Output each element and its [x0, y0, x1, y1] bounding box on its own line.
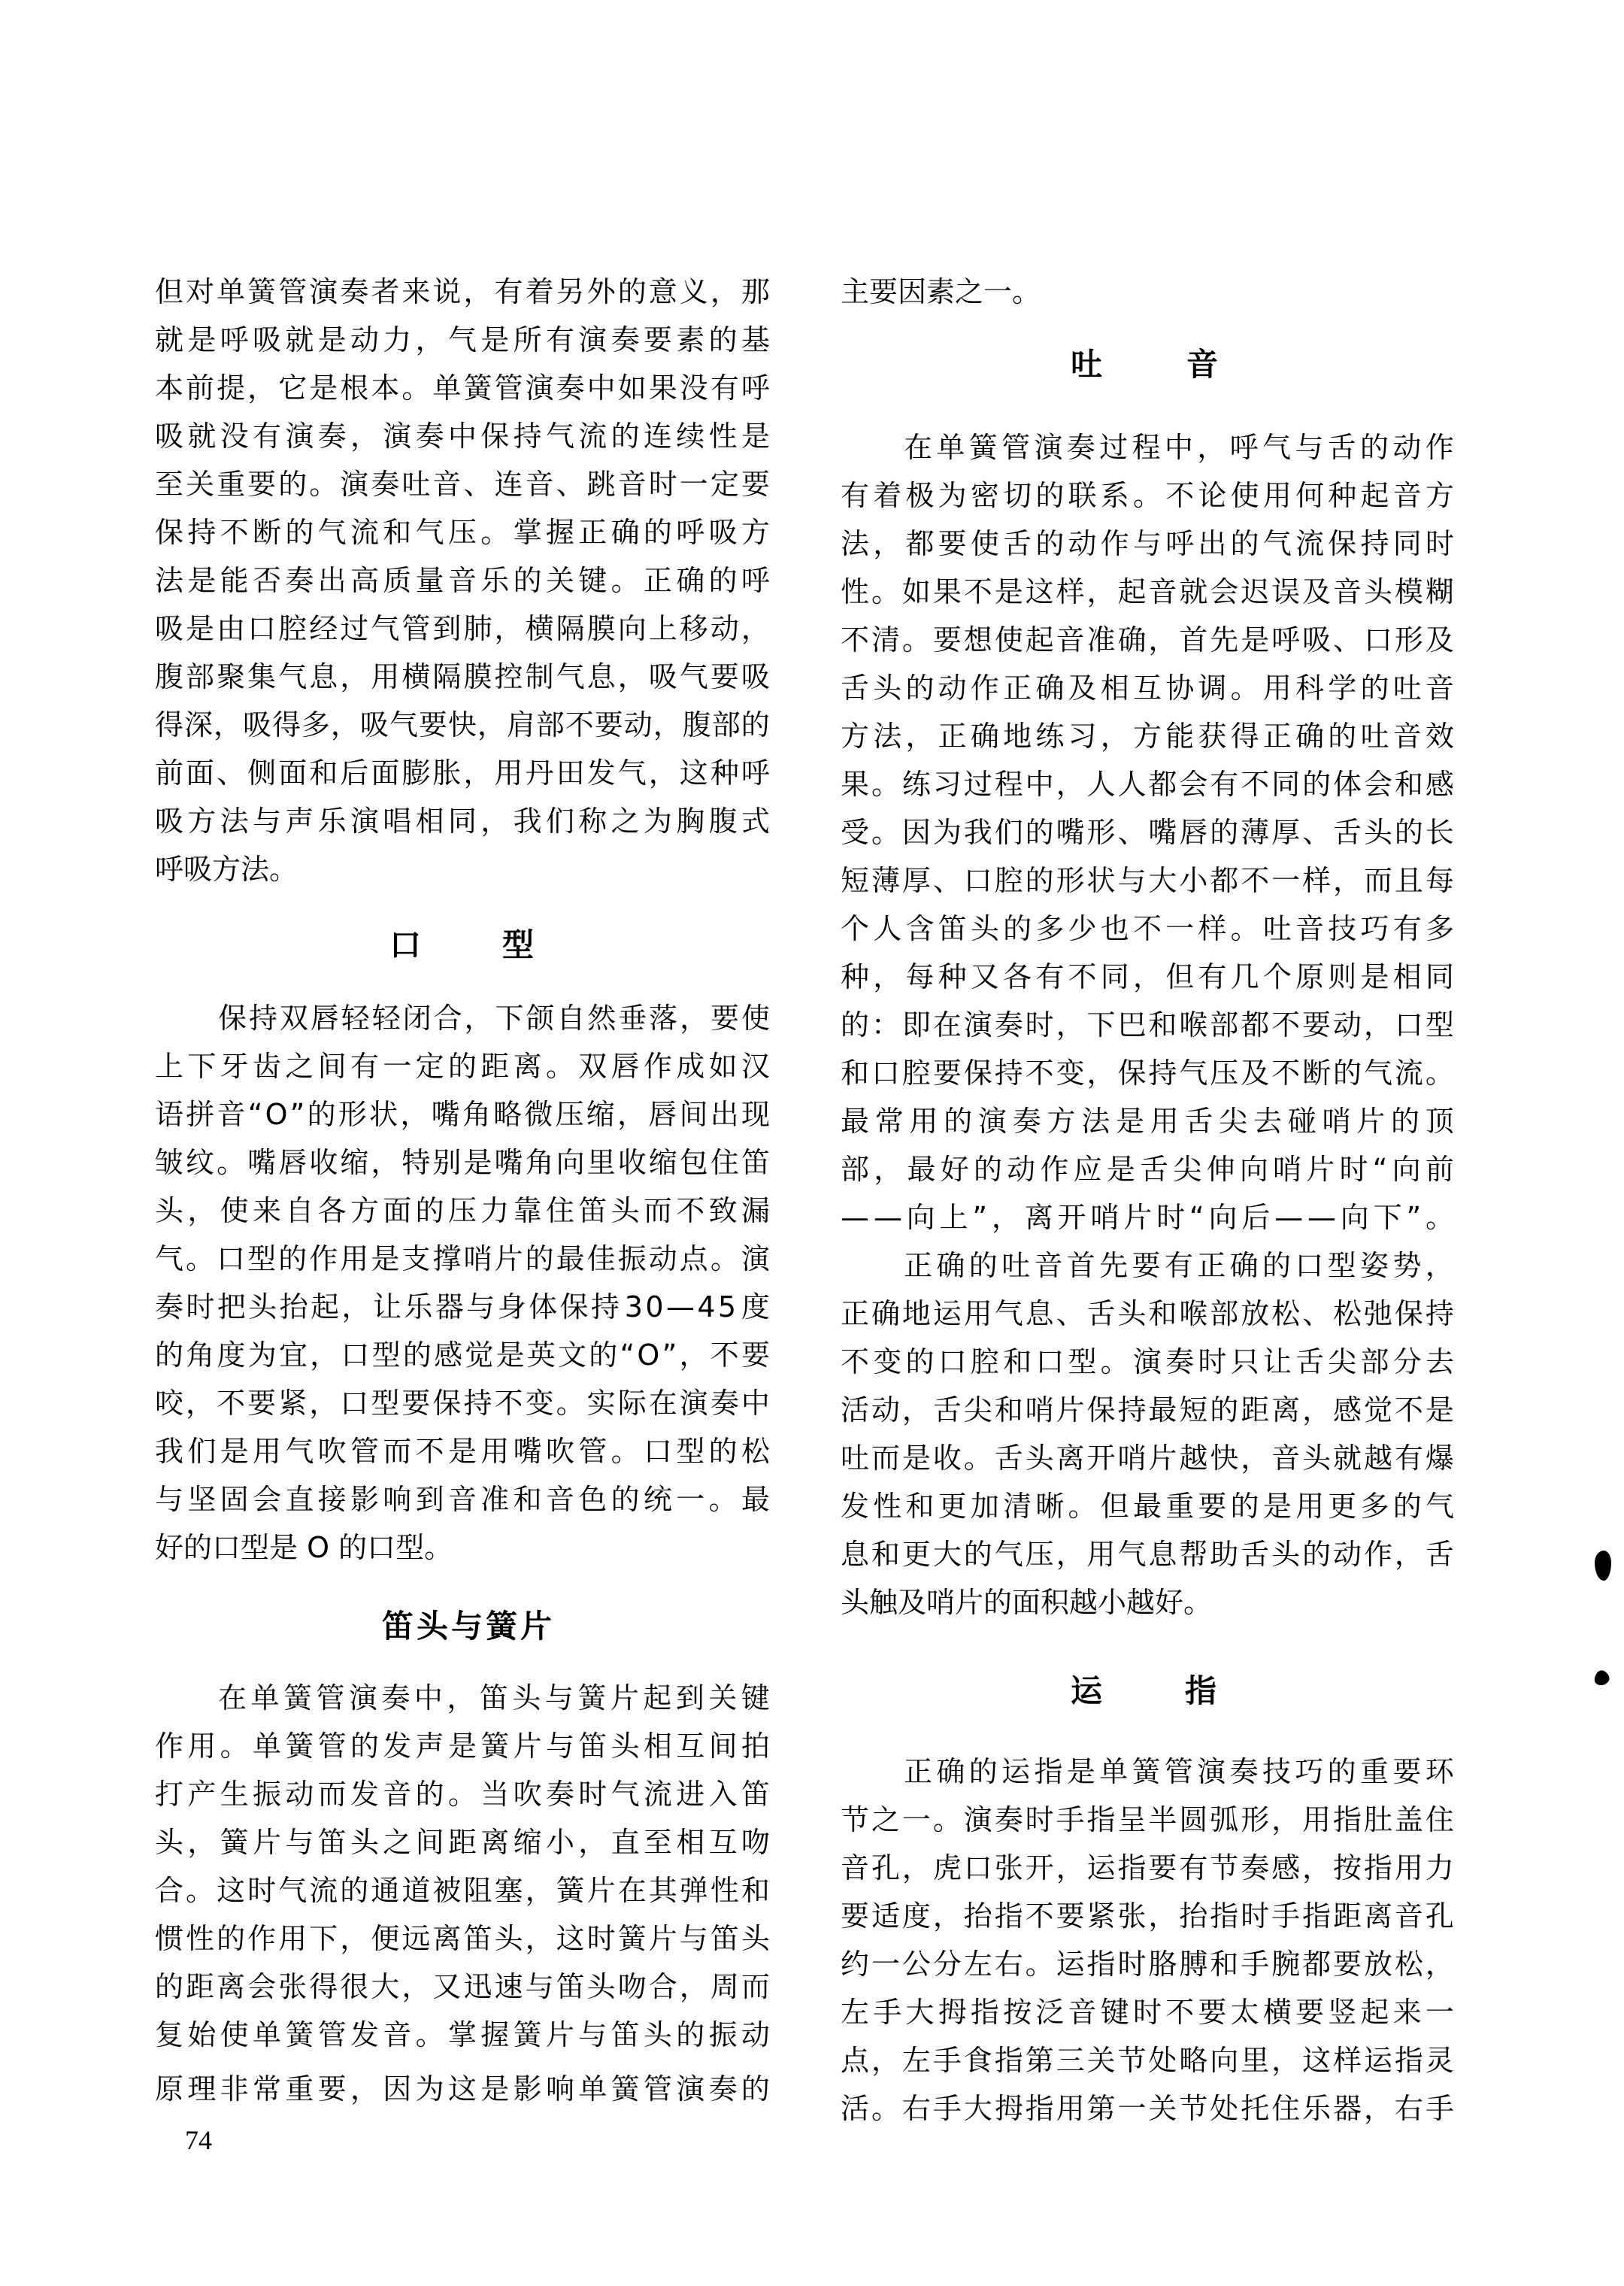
glyph: 分	[933, 1948, 962, 1981]
glyph: —	[666, 1290, 695, 1323]
glyph: 大	[371, 1970, 399, 2003]
glyph: 者	[371, 275, 399, 308]
glyph: 吐	[841, 1442, 869, 1475]
glyph: ，	[463, 756, 492, 790]
glyph: 呼	[220, 323, 249, 356]
glyph: 的	[278, 468, 307, 501]
glyph: 种	[710, 756, 739, 790]
body-line: 奏时把头抬起，让乐器与身体保持 30—45 度	[155, 1290, 770, 1323]
glyph: 但	[1165, 960, 1194, 993]
glyph: 作	[309, 1242, 338, 1275]
glyph: 略	[1179, 2044, 1207, 2077]
body-line: 原理非常重要，因为这是影响单簧管演奏的	[155, 2072, 770, 2106]
glyph: 因	[383, 2072, 411, 2106]
glyph: 作	[1040, 1153, 1068, 1186]
glyph: 不	[1165, 479, 1194, 512]
body-line: 至关重要的。演奏吐音、连音、跳音时一定要	[155, 468, 770, 501]
glyph: 头	[1026, 1442, 1054, 1475]
glyph: ，	[680, 1002, 708, 1035]
glyph: 影	[514, 2072, 542, 2106]
glyph: 和	[1003, 1345, 1032, 1378]
glyph: 片	[1056, 1393, 1085, 1426]
glyph: 这	[448, 2072, 477, 2106]
glyph: 管	[401, 612, 430, 645]
glyph: 要	[710, 660, 739, 693]
glyph: 越	[1179, 1442, 1207, 1475]
glyph: 要	[710, 1002, 739, 1035]
glyph: 手	[1271, 1899, 1300, 1933]
glyph: 嘴	[495, 1146, 523, 1179]
glyph: 的	[526, 1242, 554, 1275]
glyph: 用	[1056, 2092, 1085, 2125]
glyph: 手	[1241, 1948, 1269, 1981]
glyph: 奏	[1241, 1851, 1269, 1884]
glyph: 灵	[1426, 2044, 1454, 2077]
glyph: ，	[679, 1339, 707, 1372]
body-line: 音孔，虎口张开，运指要有节奏感，按指用力	[841, 1851, 1454, 1884]
glyph: 手	[933, 2092, 962, 2125]
glyph: 但	[155, 275, 183, 308]
glyph: 含	[905, 912, 934, 945]
glyph: 用	[480, 1435, 509, 1468]
glyph: 音	[1056, 623, 1085, 656]
body-line: 头触及哨片的面积越小越好。	[841, 1586, 1454, 1619]
glyph: 动	[710, 612, 739, 645]
glyph: 和	[995, 1393, 1023, 1426]
glyph: ，	[653, 708, 682, 741]
glyph: 弛	[1364, 1297, 1392, 1330]
glyph: 相	[644, 1730, 672, 1763]
glyph: ，	[187, 1194, 216, 1227]
glyph: 坚	[187, 1483, 216, 1516]
glyph: 响	[383, 1483, 411, 1516]
glyph: 尖	[1219, 1105, 1247, 1138]
glyph: 。	[401, 371, 430, 405]
glyph: 准	[480, 1483, 509, 1516]
glyph: 持	[995, 1057, 1023, 1090]
glyph: 、	[1333, 623, 1362, 656]
body-line: 在单簧管演奏过程中，呼气与舌的动作	[904, 431, 1454, 464]
glyph: 下	[495, 1002, 523, 1035]
glyph: 到	[676, 1681, 704, 1714]
glyph: 爆	[1426, 1442, 1454, 1475]
glyph: 状	[369, 1098, 398, 1131]
glyph: 呼	[741, 564, 770, 597]
glyph: 气	[1179, 1057, 1207, 1090]
glyph: 用	[1302, 1803, 1331, 1836]
glyph: —	[1274, 1201, 1303, 1234]
glyph: 使	[1231, 479, 1259, 512]
glyph: 气	[318, 516, 347, 549]
glyph: 型	[1328, 1249, 1356, 1282]
glyph: 略	[493, 1098, 522, 1131]
glyph: 的	[741, 708, 770, 741]
glyph: 皱	[155, 1146, 183, 1179]
glyph: 被	[432, 1874, 461, 1907]
glyph: 常	[253, 2072, 281, 2106]
body-line: 在单簧管演奏中，笛头与簧片起到关键	[218, 1681, 770, 1714]
glyph: 动	[938, 672, 967, 705]
glyph: 力	[1426, 1851, 1454, 1884]
glyph: 及	[1302, 575, 1331, 608]
glyph: 口	[1295, 1249, 1323, 1282]
glyph: 大	[964, 2092, 992, 2125]
glyph: 音	[1395, 1899, 1423, 1933]
glyph: 关	[1148, 2092, 1177, 2125]
glyph: 腔	[902, 1057, 931, 1090]
ink-blot-mark	[1595, 1551, 1611, 1581]
glyph: 薄	[871, 864, 900, 897]
glyph: 作	[247, 1922, 276, 1955]
glyph: 重	[1165, 1490, 1194, 1523]
glyph: 向	[556, 1146, 585, 1179]
glyph: 的	[741, 2072, 770, 2106]
body-line: 皱纹。嘴唇收缩，特别是嘴角向里收缩包住笛	[155, 1146, 770, 1179]
glyph: 英	[527, 1339, 556, 1372]
glyph: 实	[587, 1387, 616, 1420]
glyph: 片	[587, 1874, 616, 1907]
glyph: 舌	[841, 672, 869, 705]
glyph: ，	[1056, 1008, 1085, 1041]
glyph: 中	[587, 371, 616, 405]
body-line: 果。练习过程中，人人都会有不同的体会和感	[841, 768, 1454, 801]
glyph: 音	[1148, 575, 1177, 608]
glyph: 气	[556, 660, 585, 693]
glyph: ，	[1241, 1442, 1269, 1475]
glyph: 手	[1056, 1803, 1085, 1836]
glyph: 而	[644, 1194, 672, 1227]
glyph: 掌	[448, 2018, 477, 2051]
glyph: 流	[309, 1874, 338, 1907]
glyph: 舌	[995, 1442, 1023, 1475]
glyph: 。	[933, 1803, 962, 1836]
glyph: 吸	[360, 708, 389, 741]
glyph: 笛	[463, 1922, 492, 1955]
glyph: 确	[1230, 1249, 1259, 1282]
glyph: 吸	[155, 420, 183, 453]
glyph: 使	[995, 623, 1023, 656]
glyph: 和	[383, 516, 411, 549]
glyph: 胸	[676, 805, 704, 838]
glyph: 气	[1262, 431, 1291, 464]
glyph: 气	[285, 1435, 314, 1468]
glyph: 哨	[1090, 1201, 1119, 1234]
glyph: 演	[383, 420, 411, 453]
glyph: 。	[220, 1730, 249, 1763]
glyph: ，	[340, 660, 368, 693]
glyph: 竖	[1328, 1996, 1356, 2029]
glyph: 巧	[1295, 1755, 1323, 1788]
glyph: 、	[1117, 816, 1146, 849]
glyph: 喉	[1179, 1297, 1207, 1330]
glyph: 奏	[709, 2072, 738, 2106]
glyph: 首	[1067, 1249, 1095, 1282]
glyph: 。	[480, 516, 509, 549]
glyph: 很	[340, 1970, 368, 2003]
glyph: ，	[992, 1201, 1020, 1234]
glyph: 同	[1393, 527, 1422, 560]
glyph: 尖	[1328, 1345, 1356, 1378]
glyph: 指	[1364, 1851, 1392, 1884]
glyph: 气	[1426, 1490, 1454, 1523]
glyph: 演	[964, 1008, 992, 1041]
glyph: 指	[1087, 1803, 1116, 1836]
glyph: 有	[1395, 1442, 1423, 1475]
glyph: 又	[971, 960, 999, 993]
glyph: 本	[155, 371, 183, 405]
glyph: 它	[278, 371, 307, 405]
glyph: 离	[514, 1050, 542, 1083]
glyph: 和	[514, 1483, 542, 1516]
glyph: 下	[187, 1050, 216, 1083]
glyph: 正	[578, 516, 607, 549]
glyph: 息	[1148, 1538, 1177, 1571]
glyph: 的	[285, 516, 314, 549]
glyph: 发	[350, 1778, 379, 1811]
glyph: 关	[708, 1681, 737, 1714]
glyph: 要	[247, 468, 276, 501]
glyph: 簧	[220, 1826, 249, 1859]
glyph: 出	[1198, 527, 1226, 560]
glyph: 薄	[1241, 816, 1269, 849]
glyph: 食	[964, 2044, 992, 2077]
glyph: 奏	[995, 1008, 1023, 1041]
glyph: 、	[556, 468, 585, 501]
glyph: 而	[741, 1970, 770, 2003]
glyph: 拇	[995, 2092, 1023, 2125]
glyph: 制	[526, 660, 554, 693]
glyph: 使	[220, 1194, 249, 1227]
glyph: 的	[1393, 1490, 1422, 1523]
glyph: 想	[964, 623, 992, 656]
glyph: 不	[416, 1435, 444, 1468]
glyph: 吸	[741, 660, 770, 693]
glyph: 清	[1003, 1490, 1032, 1523]
glyph: 正	[1003, 672, 1032, 705]
glyph: 尖	[964, 1393, 992, 1426]
glyph: 度	[902, 1899, 931, 1933]
glyph: ，	[874, 1153, 902, 1186]
body-line: 我们是用气吹管而不是用嘴吹管。口型的松	[155, 1435, 770, 1468]
glyph: 要	[1333, 1948, 1362, 1981]
glyph: 互	[709, 1826, 738, 1859]
glyph: 自	[285, 1194, 314, 1227]
glyph: 3	[625, 1290, 643, 1323]
glyph: 。	[1101, 1345, 1129, 1378]
glyph: 演	[676, 2072, 704, 2106]
glyph: 是	[902, 1442, 931, 1475]
glyph: 演	[1034, 431, 1062, 464]
body-line: 法，都要使舌的动作与呼出的气流保持同时	[841, 527, 1454, 560]
glyph: 奏	[546, 1778, 574, 1811]
glyph: 息	[309, 660, 338, 693]
glyph: 动	[1333, 1008, 1362, 1041]
glyph: 。	[1068, 1490, 1097, 1523]
glyph: 相	[1101, 672, 1129, 705]
glyph: 多	[1035, 912, 1064, 945]
glyph: 、	[1056, 1297, 1085, 1330]
glyph: 音	[448, 1483, 477, 1516]
glyph: 程	[1132, 431, 1161, 464]
section-heading-tonguing-char-1: 吐	[1071, 347, 1102, 382]
glyph: 感	[1426, 768, 1454, 801]
glyph: 则	[1328, 960, 1356, 993]
glyph: 。	[309, 468, 338, 501]
glyph: 因	[902, 816, 931, 849]
glyph: 方	[187, 805, 216, 838]
body-line: 合。这时气流的通道被阻塞，簧片在其弹性和	[155, 1874, 770, 1907]
glyph: 管	[495, 371, 523, 405]
glyph: 的	[1231, 527, 1259, 560]
glyph: 口	[247, 612, 276, 645]
glyph: 跳	[587, 468, 616, 501]
glyph: 会	[1179, 768, 1207, 801]
glyph: 舌	[1333, 816, 1362, 849]
glyph: 用	[910, 1105, 938, 1138]
glyph: 模	[1395, 575, 1423, 608]
glyph: 没	[220, 420, 249, 453]
glyph: 成	[676, 1050, 704, 1083]
glyph: 每	[1426, 864, 1454, 897]
glyph: 闭	[403, 1002, 432, 1035]
glyph: 之	[871, 1803, 900, 1836]
body-line: 方法，正确地练习，方能获得正确的吐音效	[841, 720, 1454, 753]
glyph: 单	[250, 1681, 279, 1714]
glyph: 但	[1101, 1490, 1129, 1523]
glyph: 后	[340, 756, 368, 790]
glyph: 左	[964, 1948, 992, 1981]
glyph: 如	[709, 1050, 738, 1083]
glyph: ，	[416, 323, 444, 356]
glyph: 压	[1026, 1538, 1054, 1571]
glyph: 下	[309, 1922, 338, 1955]
glyph: 手	[933, 2044, 962, 2077]
glyph: 这	[556, 1922, 585, 1955]
book-page: 但对单簧管演奏者来说，有着另外的意义，那 就是呼吸就是动力，气是所有演奏要素的基…	[0, 0, 1624, 2286]
glyph: 音	[1393, 479, 1422, 512]
glyph: 里	[1241, 2044, 1269, 2077]
glyph: 持	[249, 1002, 277, 1035]
glyph: 统	[644, 1483, 672, 1516]
glyph: 、	[1302, 816, 1331, 849]
glyph: 最	[556, 1242, 585, 1275]
glyph: 拼	[186, 1098, 214, 1131]
glyph: ，	[902, 1393, 931, 1426]
glyph: ，	[1271, 2044, 1300, 2077]
glyph: 会	[247, 1970, 276, 2003]
glyph: 起	[643, 1681, 671, 1714]
glyph: 阻	[463, 1874, 492, 1907]
glyph: 音	[1271, 1442, 1300, 1475]
glyph: 奏	[416, 420, 444, 453]
glyph: 呈	[1117, 1803, 1146, 1836]
glyph: 性	[873, 1490, 901, 1523]
glyph: 要	[644, 323, 672, 356]
glyph: 唇	[278, 1146, 307, 1179]
glyph: 奏	[1165, 1345, 1194, 1378]
glyph: 乐	[404, 1290, 432, 1323]
glyph: 乐	[480, 564, 509, 597]
glyph: 分	[1393, 1345, 1422, 1378]
glyph: 头	[155, 1826, 183, 1859]
glyph: 头	[741, 1922, 770, 1955]
glyph: 过	[964, 768, 992, 801]
glyph: 保	[218, 1002, 247, 1035]
glyph: 状	[1087, 864, 1116, 897]
glyph: 用	[1150, 1105, 1179, 1138]
glyph: 塞	[495, 1874, 523, 1907]
glyph: 约	[841, 1948, 869, 1981]
glyph: 簧	[285, 1730, 314, 1763]
glyph: 缩	[586, 1098, 615, 1131]
body-line: 头，使来自各方面的压力靠住笛头而不致漏	[155, 1194, 770, 1227]
glyph: 体	[1333, 768, 1362, 801]
glyph: 中	[1026, 768, 1054, 801]
glyph: 是	[741, 420, 770, 453]
glyph: 相	[1393, 960, 1422, 993]
glyph: 演	[526, 371, 554, 405]
glyph: 的	[1035, 479, 1064, 512]
glyph: 向	[1341, 1201, 1369, 1234]
glyph: 。	[416, 2018, 444, 2051]
glyph: 式	[741, 805, 770, 838]
glyph: 键	[578, 564, 607, 597]
glyph: 里	[587, 1146, 616, 1179]
glyph: 右	[902, 2092, 931, 2125]
glyph: 都	[1241, 1008, 1269, 1041]
glyph: 的	[1210, 816, 1238, 849]
glyph: 和	[1148, 1297, 1177, 1330]
glyph: ，	[1302, 1851, 1331, 1884]
glyph: 咬	[155, 1387, 183, 1420]
glyph: 处	[1148, 2044, 1177, 2077]
glyph: 笛	[578, 1194, 607, 1227]
glyph: 人	[1087, 768, 1116, 801]
glyph: 使	[220, 2018, 249, 2051]
glyph: ，	[1271, 1803, 1300, 1836]
glyph: 与	[545, 1681, 574, 1714]
glyph: 牙	[220, 1050, 249, 1083]
glyph: 要	[1302, 1008, 1331, 1041]
glyph: ，	[1197, 431, 1226, 464]
glyph: 宜	[279, 1339, 308, 1372]
glyph: 顶	[1426, 1105, 1454, 1138]
glyph: 向	[1210, 2044, 1238, 2077]
glyph: 开	[1058, 1201, 1086, 1234]
glyph: 指	[971, 1996, 999, 2029]
glyph: 形	[1056, 864, 1085, 897]
glyph: 发	[587, 756, 616, 790]
body-line: 部，最好的动作应是舌尖伸向哨片时“向前	[841, 1153, 1454, 1186]
glyph: 要	[318, 2072, 347, 2106]
glyph: 用	[340, 1242, 368, 1275]
glyph: 要	[933, 623, 962, 656]
glyph: 活	[841, 2092, 869, 2125]
glyph: 向	[1208, 1201, 1237, 1234]
glyph: 松	[1333, 1297, 1362, 1330]
glyph: 右	[995, 1948, 1023, 1981]
glyph: 重	[285, 2072, 314, 2106]
glyph: 法	[220, 805, 249, 838]
glyph: ，	[214, 708, 242, 741]
glyph: 离	[480, 1826, 509, 1859]
glyph: 用	[253, 1435, 281, 1468]
glyph: 动	[350, 323, 379, 356]
glyph: 作	[1364, 1538, 1392, 1571]
glyph: 之	[285, 1050, 314, 1083]
glyph: 要	[1056, 1899, 1085, 1933]
glyph: 们	[546, 805, 574, 838]
